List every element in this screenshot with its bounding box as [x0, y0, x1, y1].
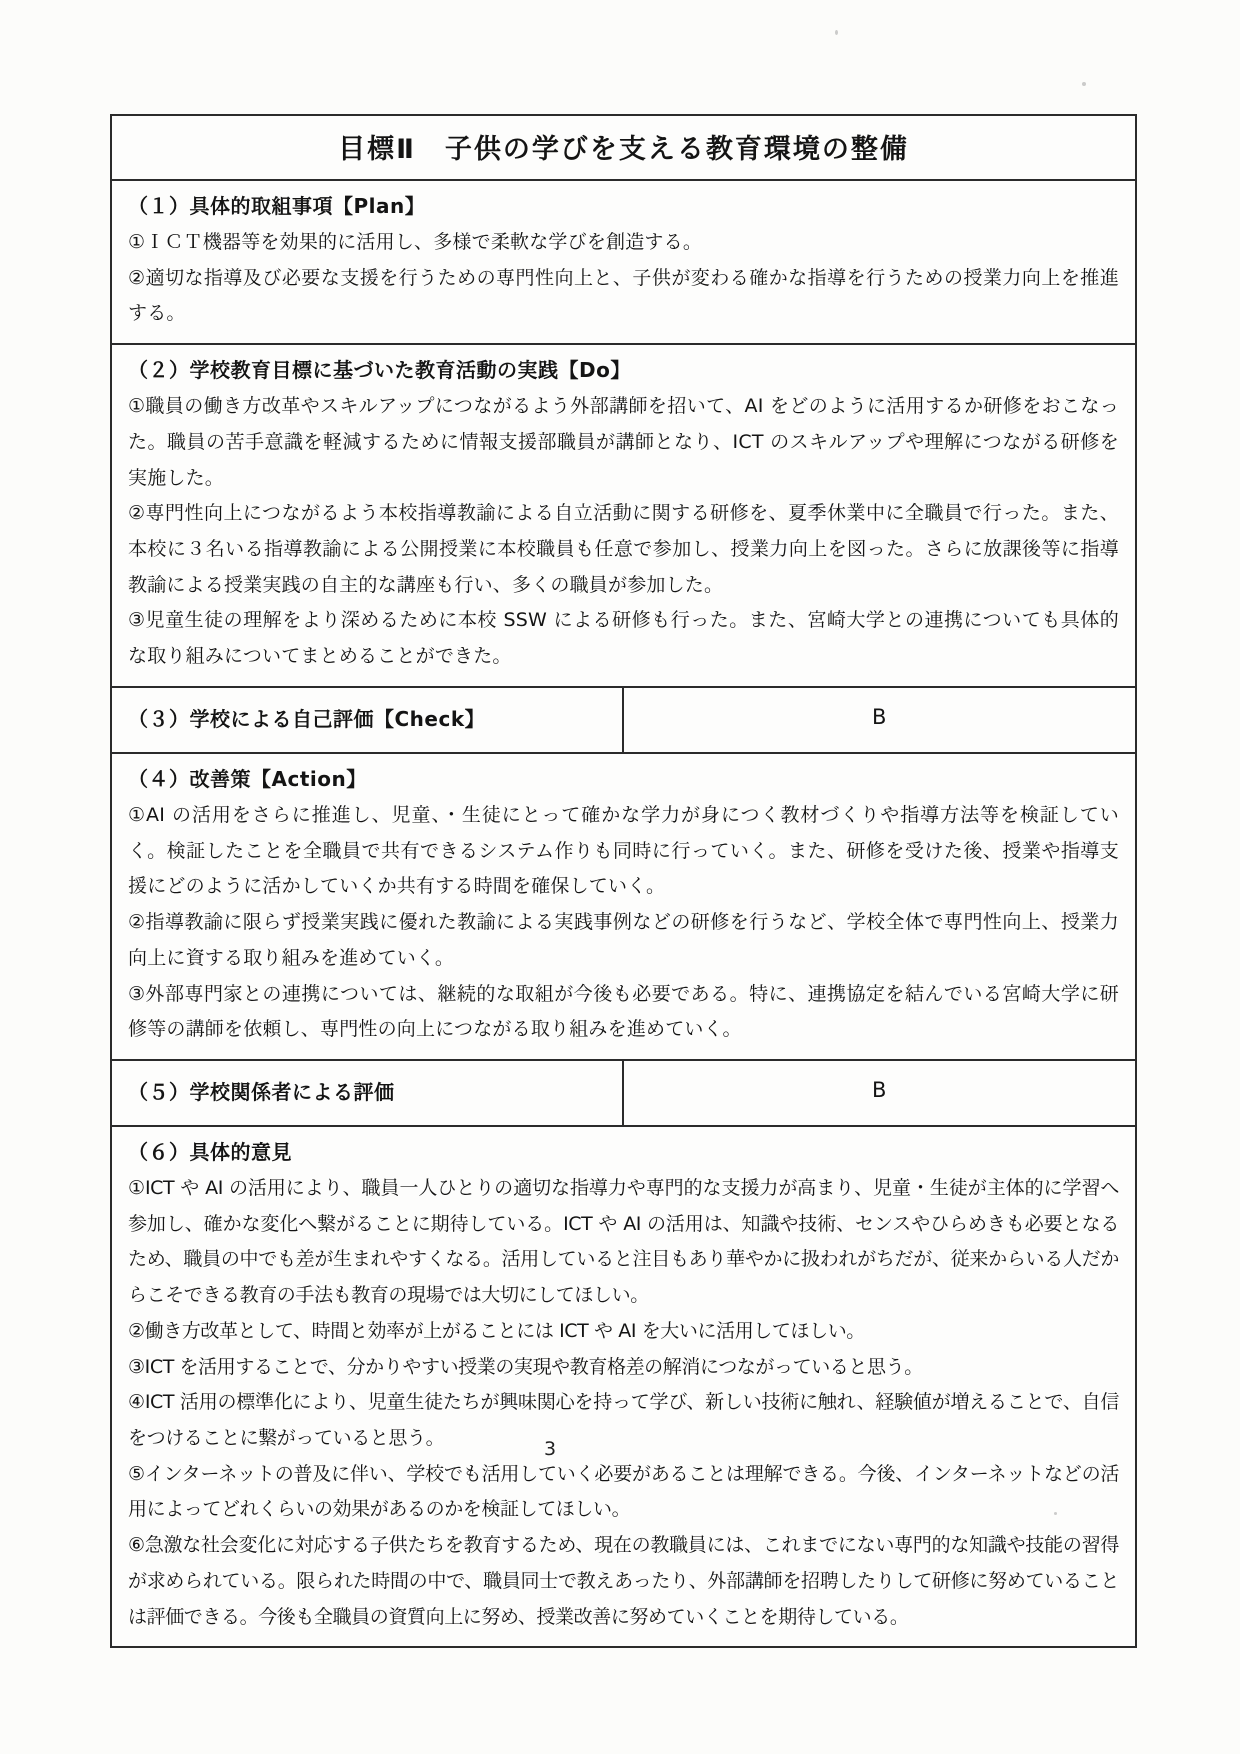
- self-evaluation-grade: B: [624, 688, 1136, 752]
- evaluation-table: 目標Ⅱ 子供の学びを支える教育環境の整備 （１）具体的取組事項【Plan】 ①Ｉ…: [110, 114, 1137, 1648]
- section-action: （４）改善策【Action】 ①AI の活用をさらに推進し、児童、・生徒にとって…: [112, 754, 1135, 1061]
- section-do-paragraph: ③児童生徒の理解をより深めるために本校 SSW による研修も行った。また、宮崎大…: [128, 603, 1119, 674]
- section-do-paragraph: ①職員の働き方改革やスキルアップにつながるよう外部講師を招いて、AI をどのよう…: [128, 389, 1119, 496]
- stakeholder-evaluation-grade: B: [624, 1061, 1136, 1125]
- section-plan: （１）具体的取組事項【Plan】 ①ＩＣＴ機器等を効果的に活用し、多様で柔軟な学…: [112, 181, 1135, 345]
- section-do-paragraph: ②専門性向上につながるよう本校指導教諭による自立活動に関する研修を、夏季休業中に…: [128, 496, 1119, 603]
- section-opinions-paragraph: ③ICT を活用することで、分かりやすい授業の実現や教育格差の解消につながってい…: [128, 1350, 1119, 1386]
- scan-artifact: [1082, 82, 1086, 86]
- section-do: （２）学校教育目標に基づいた教育活動の実践【Do】 ①職員の働き方改革やスキルア…: [112, 345, 1135, 688]
- section-do-header: （２）学校教育目標に基づいた教育活動の実践【Do】: [128, 352, 1119, 389]
- section-opinions: （６）具体的意見 ①ICT や AI の活用により、職員一人ひとりの適切な指導力…: [112, 1127, 1135, 1646]
- section-opinions-paragraph: ②働き方改革として、時間と効率が上がることには ICT や AI を大いに活用し…: [128, 1314, 1119, 1350]
- section-action-paragraph: ③外部専門家との連携については、継続的な取組が今後も必要である。特に、連携協定を…: [128, 977, 1119, 1048]
- scan-artifact: [835, 30, 838, 35]
- document-title: 目標Ⅱ 子供の学びを支える教育環境の整備: [112, 116, 1135, 181]
- stakeholder-evaluation-label: （５）学校関係者による評価: [112, 1061, 624, 1125]
- section-action-paragraph: ①AI の活用をさらに推進し、児童、・生徒にとって確かな学力が身につく教材づくり…: [128, 798, 1119, 905]
- self-evaluation-label: （３）学校による自己評価【Check】: [112, 688, 624, 752]
- scan-artifact: [1054, 1512, 1057, 1515]
- section-action-header: （４）改善策【Action】: [128, 761, 1119, 798]
- section-opinions-header: （６）具体的意見: [128, 1134, 1119, 1171]
- section-opinions-paragraph: ⑤インターネットの普及に伴い、学校でも活用していく必要があることは理解できる。今…: [128, 1457, 1119, 1528]
- section-plan-header: （１）具体的取組事項【Plan】: [128, 188, 1119, 225]
- section-plan-paragraph: ①ＩＣＴ機器等を効果的に活用し、多様で柔軟な学びを創造する。: [128, 225, 1119, 261]
- scanned-document-page: 目標Ⅱ 子供の学びを支える教育環境の整備 （１）具体的取組事項【Plan】 ①Ｉ…: [0, 0, 1240, 1754]
- page-number: 3: [0, 1438, 1100, 1460]
- section-opinions-paragraph: ①ICT や AI の活用により、職員一人ひとりの適切な指導力や専門的な支援力が…: [128, 1171, 1119, 1314]
- self-evaluation-row: （３）学校による自己評価【Check】 B: [112, 688, 1135, 754]
- section-action-paragraph: ②指導教諭に限らず授業実践に優れた教諭による実践事例などの研修を行うなど、学校全…: [128, 905, 1119, 976]
- section-opinions-paragraph: ⑥急激な社会変化に対応する子供たちを教育するため、現在の教職員には、これまでにな…: [128, 1528, 1119, 1635]
- section-plan-paragraph: ②適切な指導及び必要な支援を行うための専門性向上と、子供が変わる確かな指導を行う…: [128, 261, 1119, 332]
- stakeholder-evaluation-row: （５）学校関係者による評価 B: [112, 1061, 1135, 1127]
